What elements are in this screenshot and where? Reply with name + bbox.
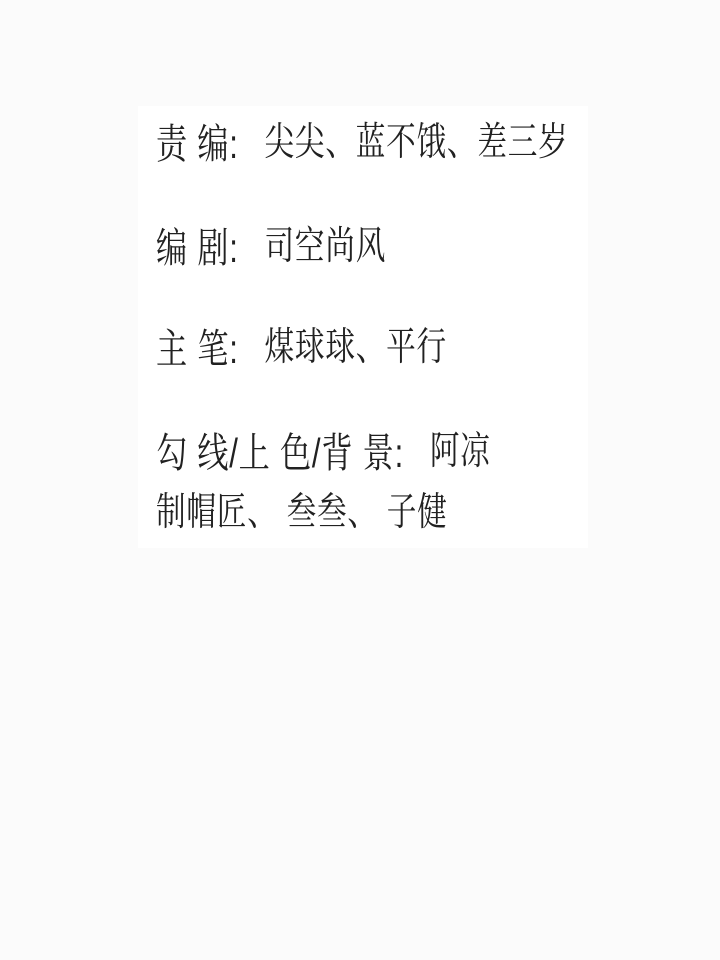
credit-names: 阿凉 bbox=[430, 430, 491, 475]
credit-row-editor: 责 编: 尖尖、蓝不饿、差三岁 bbox=[156, 121, 569, 168]
credit-names: 尖尖、蓝不饿、差三岁 bbox=[265, 121, 569, 166]
credit-label: 责 编: bbox=[156, 121, 239, 168]
credits-page: 责 编: 尖尖、蓝不饿、差三岁 编 剧: 司空尚风 主 笔: 煤球球、平行 勾 … bbox=[0, 0, 720, 960]
credit-label: 勾 线/上 色/背 景: bbox=[156, 430, 404, 477]
credit-row-screenwriter: 编 剧: 司空尚风 bbox=[156, 225, 386, 272]
credit-names: 煤球球、平行 bbox=[265, 326, 447, 371]
credit-label: 主 笔: bbox=[156, 326, 239, 373]
credit-label: 编 剧: bbox=[156, 225, 239, 272]
credit-row-lead-artist: 主 笔: 煤球球、平行 bbox=[156, 326, 447, 373]
credit-row-lineart-color-background: 勾 线/上 色/背 景: 阿凉 bbox=[156, 430, 491, 477]
credit-names: 制帽匠、 叁叁、 子健 bbox=[156, 491, 448, 536]
credit-row-names-continued: 制帽匠、 叁叁、 子健 bbox=[156, 491, 448, 536]
credit-names: 司空尚风 bbox=[265, 225, 387, 270]
